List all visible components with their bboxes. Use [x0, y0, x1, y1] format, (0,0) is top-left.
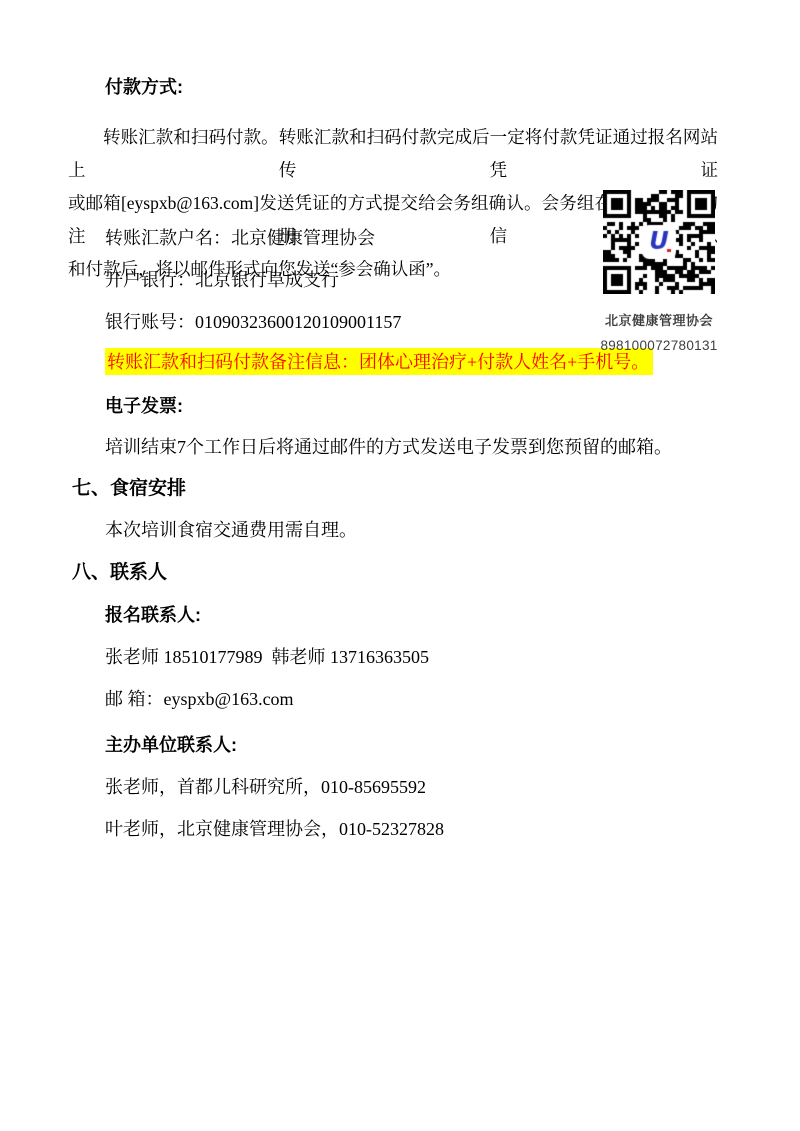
- payment-remark-note: 转账汇款和扫码付款备注信息：团体心理治疗+付款人姓名+手机号。: [105, 348, 653, 375]
- host-contact-heading: 主办单位联系人:: [105, 734, 237, 757]
- bank-account-number: 银行账号：01090323600120109001157: [105, 311, 401, 333]
- section-contacts-heading: 八、联系人: [72, 561, 167, 585]
- section-lodging-heading: 七、食宿安排: [72, 477, 186, 501]
- lodging-body: 本次培训食宿交通费用需自理。: [105, 519, 357, 541]
- registration-email-line: 邮 箱：eyspxb@163.com: [105, 688, 294, 710]
- transfer-account-name: 转账汇款户名：北京健康管理协会: [105, 227, 375, 249]
- qr-account-number: 898100072780131: [596, 338, 722, 353]
- qr-code: [603, 190, 715, 294]
- bank-branch: 开户银行：北京银行阜成支行: [105, 269, 339, 291]
- payment-intro-line-1: 转账汇款和扫码付款。转账汇款和扫码付款完成后一定将付款凭证通过报名网站上传凭证: [68, 121, 718, 187]
- host-contact-line-2: 叶老师，北京健康管理协会，010-52327828: [105, 818, 444, 840]
- registration-contact-line: 张老师 18510177989 韩老师 13716363505: [105, 646, 429, 668]
- payment-qr-widget: 北京健康管理协会 898100072780131: [596, 190, 722, 353]
- payment-method-heading: 付款方式:: [105, 76, 183, 99]
- registration-contact-heading: 报名联系人:: [105, 604, 201, 627]
- document-page: 付款方式: 转账汇款和扫码付款。转账汇款和扫码付款完成后一定将付款凭证通过报名网…: [0, 0, 800, 1131]
- e-invoice-note: 培训结束7个工作日后将通过邮件的方式发送电子发票到您预留的邮箱。: [105, 436, 672, 458]
- host-contact-line-1: 张老师，首都儿科研究所，010-85695592: [105, 776, 426, 798]
- e-invoice-heading: 电子发票:: [105, 395, 183, 418]
- qr-caption: 北京健康管理协会: [596, 310, 722, 329]
